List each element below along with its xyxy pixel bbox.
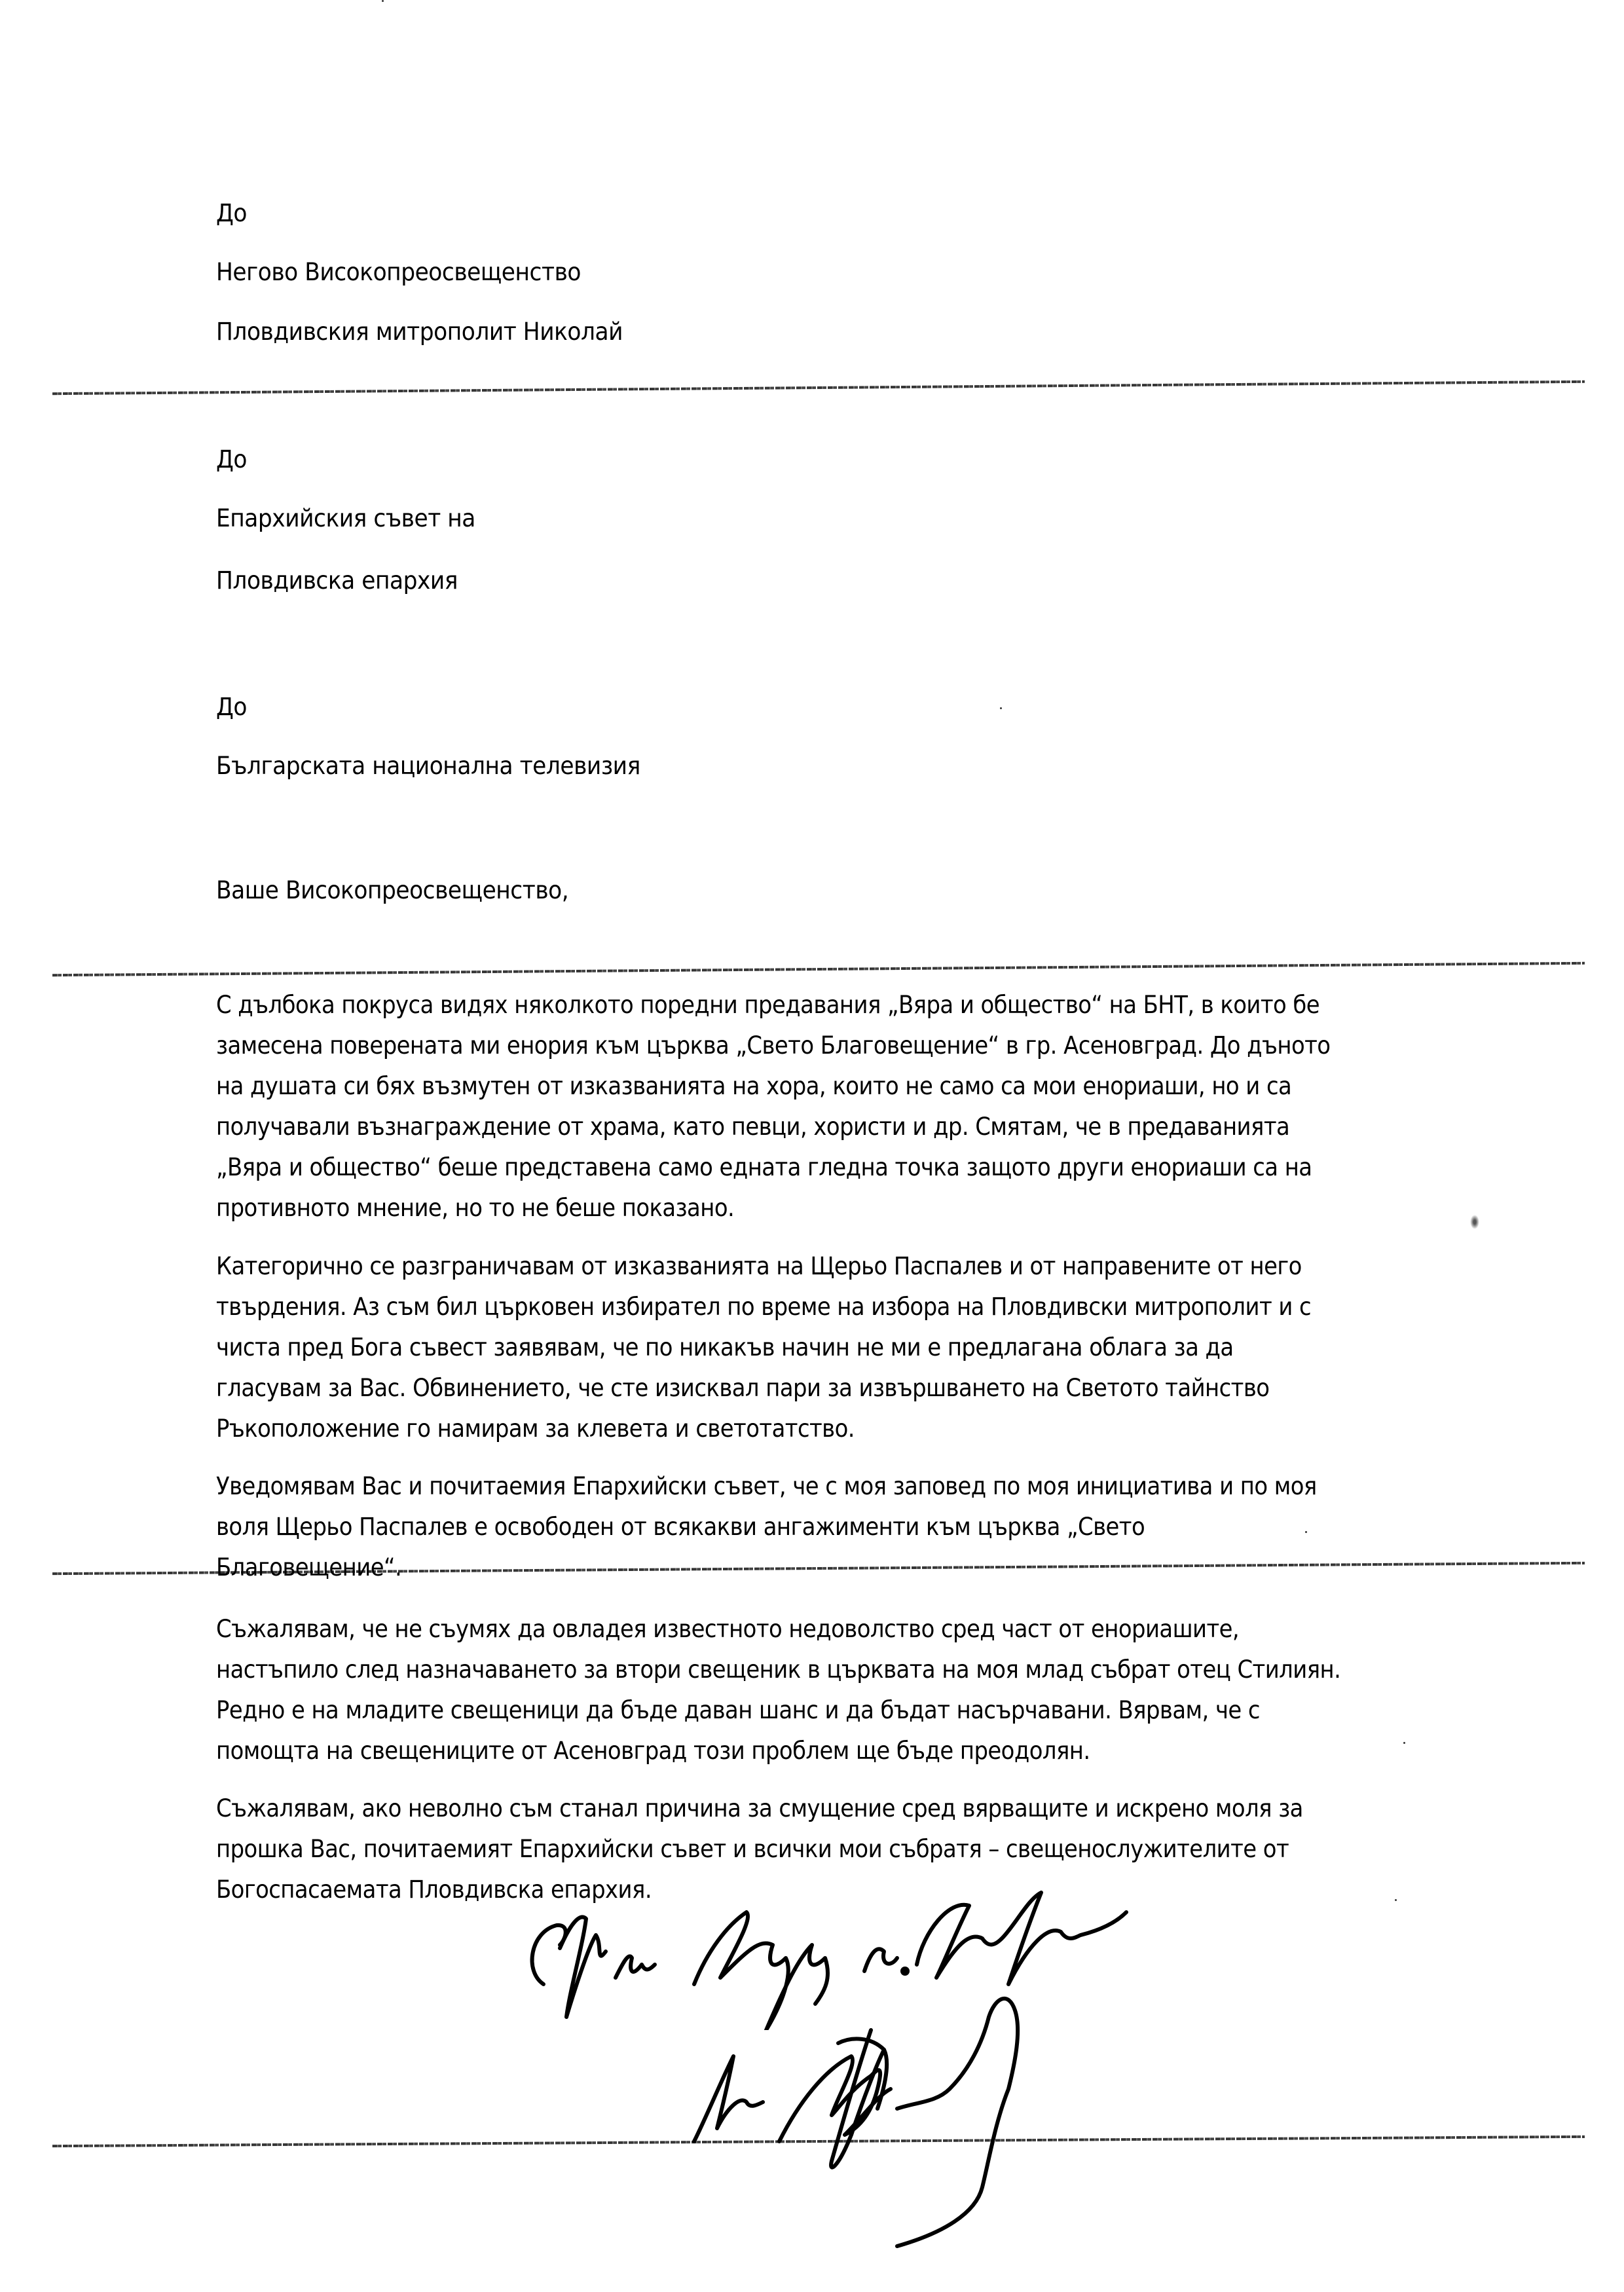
paragraph-line: С дълбока покруса видях няколкото поредн… [216, 991, 1319, 1020]
paragraph-line: настъпило след назначаването за втори св… [216, 1655, 1340, 1684]
addressee-2-prefix: До [216, 445, 247, 474]
addressee-1-prefix: До [216, 199, 247, 228]
paragraph-line: Категорично се разграничавам от изказван… [216, 1252, 1302, 1281]
scan-speck [1470, 1215, 1479, 1229]
paragraph-line: твърдения. Аз съм бил църковен избирател… [216, 1293, 1311, 1322]
addressee-3-prefix: До [216, 693, 247, 722]
scan-speck [1395, 1899, 1397, 1901]
paragraph-line: получавали възнаграждение от храма, като… [216, 1113, 1289, 1141]
paragraph-line: чиста пред Бога съвест заявявам, че по н… [216, 1333, 1234, 1362]
scan-speck [1000, 707, 1002, 709]
paragraph-line: гласувам за Вас. Обвинението, че сте изи… [216, 1374, 1269, 1403]
paragraph-line: замесена поверената ми енория към църква… [216, 1031, 1330, 1060]
paragraph-line: Благовещение“. [216, 1553, 401, 1582]
addressee-2-line-2: Пловдивска епархия [216, 566, 458, 595]
paragraph-line: воля Щерьо Паспалев е освободен от всяка… [216, 1513, 1145, 1542]
handwritten-signature-2 [681, 1991, 1205, 2266]
paragraph-line: прошка Вас, почитаемият Епархийски съвет… [216, 1835, 1289, 1864]
scan-speck [382, 0, 384, 2]
paragraph-line: Уведомявам Вас и почитаемия Епархийски с… [216, 1472, 1317, 1501]
paragraph-line: на душата си бях възмутен от изказваният… [216, 1072, 1291, 1101]
paragraph-line: противното мнение, но то не беше показан… [216, 1194, 734, 1223]
paragraph-line: „Вяра и общество“ беше представена само … [216, 1153, 1312, 1182]
scan-speck [1305, 1531, 1307, 1533]
addressee-3-line-1: Българската национална телевизия [216, 752, 640, 781]
addressee-2-line-1: Епархийския съвет на [216, 504, 475, 533]
addressee-1-line-1: Негово Високопреосвещенство [216, 258, 581, 287]
paragraph-line: Ръкоположение го намирам за клевета и св… [216, 1414, 855, 1443]
paragraph-line: Съжалявам, че не съумях да овладея извес… [216, 1615, 1239, 1644]
scan-speck [1403, 1742, 1405, 1744]
addressee-1-line-2: Пловдивския митрополит Николай [216, 318, 623, 346]
paragraph-line: Съжалявам, ако неволно съм станал причин… [216, 1794, 1303, 1823]
paragraph-line: Редно е на младите свещеници да бъде дав… [216, 1696, 1260, 1725]
salutation: Ваше Високопреосвещенство, [216, 876, 568, 905]
scan-artifact-line [52, 962, 1585, 976]
scan-artifact-line [52, 380, 1585, 395]
paragraph-line: помощта на свещениците от Асеновград тоз… [216, 1737, 1090, 1765]
